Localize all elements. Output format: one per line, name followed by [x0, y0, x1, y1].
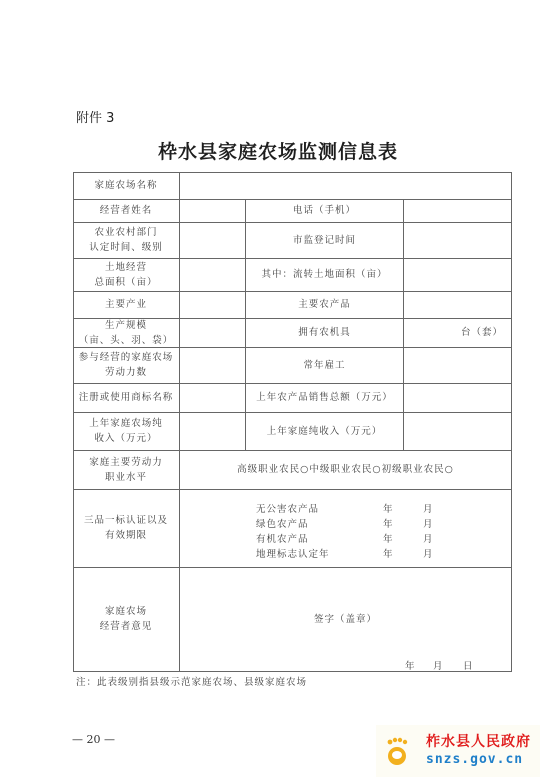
- cert-item-month[interactable]: 月: [423, 501, 434, 515]
- operator-name-label: 经营者姓名: [73, 199, 179, 222]
- cert-item-name: 有机农产品: [256, 531, 309, 545]
- watermark-title: 柞水县人民政府: [426, 731, 531, 751]
- skill-options[interactable]: 高级职业农民○中级职业农民○初级职业农民○: [180, 450, 511, 489]
- farm-name-label: 家庭农场名称: [73, 172, 179, 199]
- date-year[interactable]: 年: [405, 658, 416, 672]
- labor-label: 参与经营的家庭农场 劳动力数: [73, 347, 179, 383]
- page-title: 枠水县家庭农场监测信息表: [0, 137, 556, 164]
- phone-field[interactable]: [404, 199, 511, 222]
- land-total-label: 土地经营 总面积（亩）: [73, 258, 179, 291]
- attachment-label: 附件 3: [76, 107, 114, 126]
- phone-label: 电话（手机）: [246, 199, 403, 222]
- farm-income-label: 上年家庭农场纯 收入（万元）: [73, 412, 179, 450]
- signature-label[interactable]: 签字（盖章）: [180, 567, 511, 627]
- cert-item-year[interactable]: 年: [383, 531, 394, 545]
- scale-field[interactable]: [180, 318, 245, 347]
- operator-name-field[interactable]: [180, 199, 245, 222]
- land-transfer-label: 其中：流转土地面积（亩）: [246, 258, 403, 291]
- table-footnote: 注：此表级别指县级示范家庭农场、县级家庭农场: [76, 674, 307, 688]
- date-day[interactable]: 日: [463, 658, 474, 672]
- cert-item-name: 地理标志认定年: [256, 546, 330, 560]
- scale-label: 生产规模 （亩、头、羽、袋）: [73, 318, 179, 347]
- market-reg-label: 市监登记时间: [246, 222, 403, 258]
- cert-item-year[interactable]: 年: [383, 516, 394, 530]
- cert-item-month[interactable]: 月: [423, 531, 434, 545]
- agri-dept-label: 农业农村部门 认定时间、级别: [73, 222, 179, 258]
- cert-item-month[interactable]: 月: [423, 546, 434, 560]
- machinery-unit[interactable]: 台（套）: [404, 318, 511, 347]
- trademark-field[interactable]: [180, 383, 245, 412]
- main-product-field[interactable]: [404, 291, 511, 318]
- farm-name-field[interactable]: [180, 172, 511, 199]
- cert-item-month[interactable]: 月: [423, 516, 434, 530]
- cert-item-name: 绿色农产品: [256, 516, 309, 530]
- footprint-logo-icon: [382, 737, 412, 767]
- cert-label: 三品一标认证以及 有效期限: [73, 489, 179, 567]
- sales-field[interactable]: [404, 383, 511, 412]
- skill-label: 家庭主要劳动力 职业水平: [73, 450, 179, 489]
- table-border-bottom: [73, 671, 511, 672]
- labor-field[interactable]: [180, 347, 245, 383]
- gov-watermark: 柞水县人民政府 snzs.gov.cn: [376, 725, 540, 777]
- date-month[interactable]: 月: [433, 658, 444, 672]
- family-income-label: 上年家庭纯收入（万元）: [246, 412, 403, 450]
- table-border-right: [511, 172, 512, 672]
- cert-item-name: 无公害农产品: [256, 501, 319, 515]
- agri-dept-field[interactable]: [180, 222, 245, 258]
- cert-item-year[interactable]: 年: [383, 546, 394, 560]
- land-total-field[interactable]: [180, 258, 245, 291]
- family-income-field[interactable]: [404, 412, 511, 450]
- opinion-label: 家庭农场 经营者意见: [73, 567, 179, 671]
- hired-label: 常年雇工: [246, 347, 403, 383]
- main-product-label: 主要农产品: [246, 291, 403, 318]
- sales-label: 上年农产品销售总额（万元）: [246, 383, 403, 412]
- land-transfer-field[interactable]: [404, 258, 511, 291]
- trademark-label: 注册或使用商标名称: [73, 383, 179, 412]
- main-industry-field[interactable]: [180, 291, 245, 318]
- machinery-label: 拥有农机具: [246, 318, 403, 347]
- hired-field[interactable]: [404, 347, 511, 383]
- cert-item-year[interactable]: 年: [383, 501, 394, 515]
- market-reg-field[interactable]: [404, 222, 511, 258]
- monitoring-info-table: 家庭农场名称 经营者姓名 电话（手机） 农业农村部门 认定时间、级别 市监登记时…: [73, 172, 511, 671]
- watermark-url: snzs.gov.cn: [426, 752, 523, 767]
- page-number: — 20 —: [72, 733, 115, 746]
- main-industry-label: 主要产业: [73, 291, 179, 318]
- farm-income-field[interactable]: [180, 412, 245, 450]
